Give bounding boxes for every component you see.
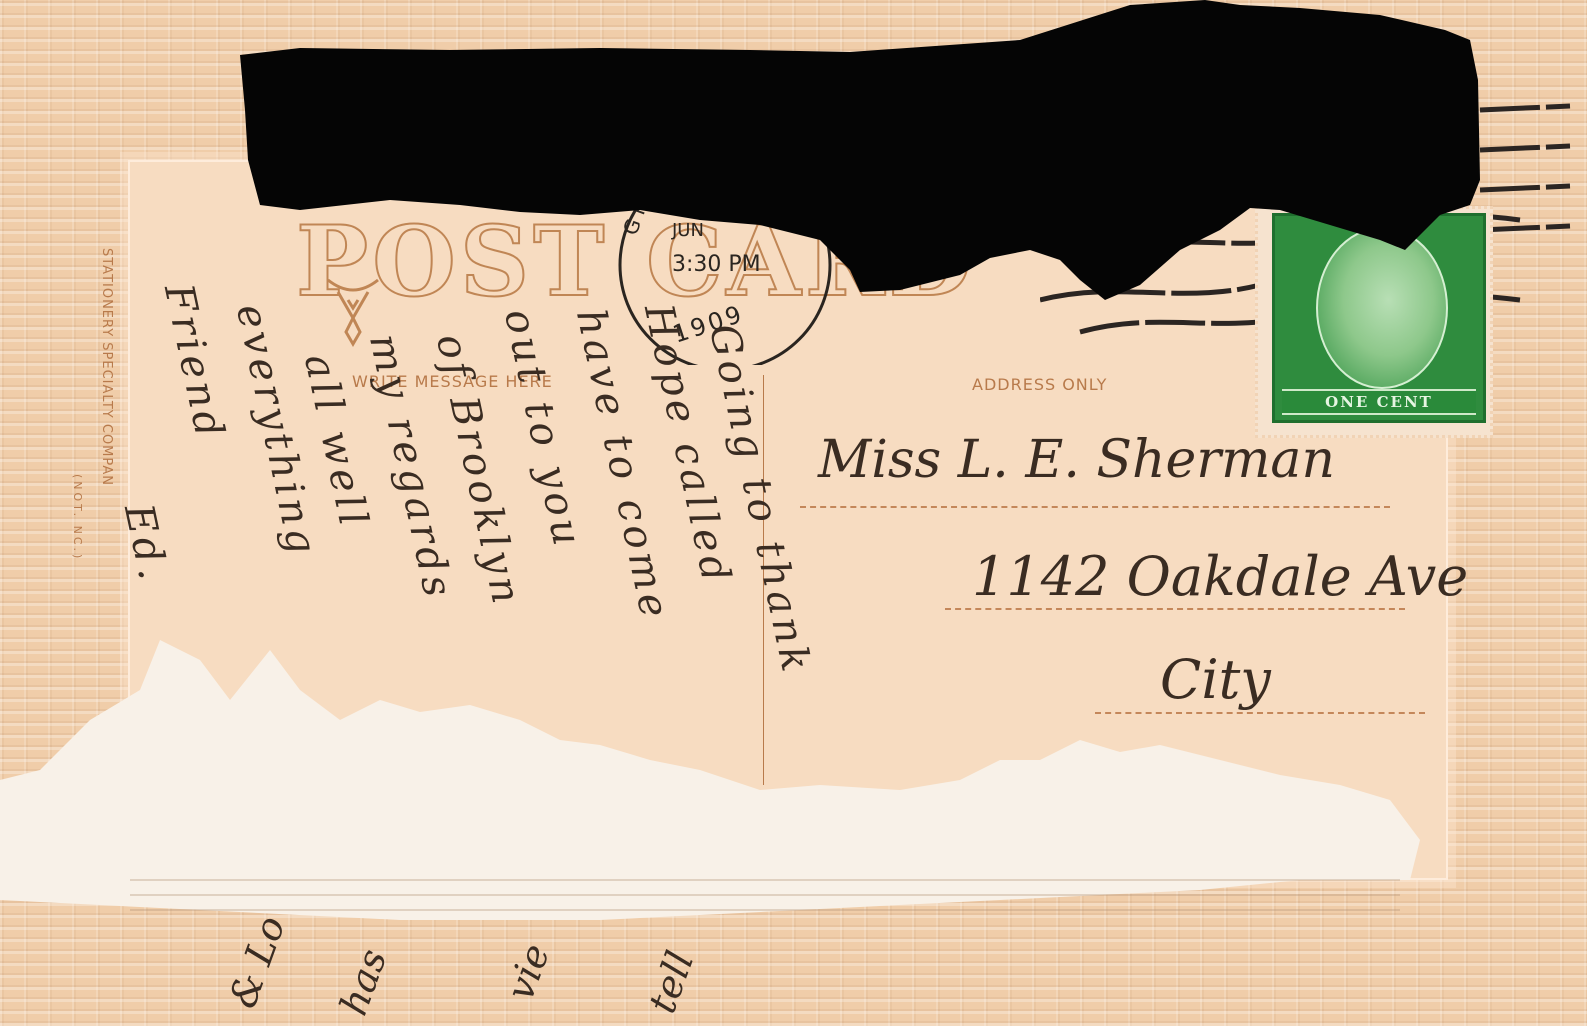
message-fragment: & Lo <box>220 910 294 1013</box>
message-fragment: vie <box>498 938 559 1006</box>
postage-stamp: ONE CENT <box>1255 206 1493 438</box>
publisher-note: (NOT. NC.) <box>66 474 84 634</box>
address-line-1 <box>800 506 1390 508</box>
publisher-imprint: STATIONERY SPECIALTY COMPAN <box>92 248 114 688</box>
recipient-city: City <box>1160 648 1271 711</box>
postmark-month: JUN <box>672 220 704 241</box>
stamp-denomination: ONE CENT <box>1282 389 1476 415</box>
address-heading: ADDRESS ONLY <box>972 375 1107 394</box>
recipient-street: 1142 Oakdale Ave <box>972 545 1468 608</box>
profile-portrait-icon <box>1316 227 1448 389</box>
message-fragment: tell <box>640 945 703 1018</box>
message-fragment: has <box>331 943 395 1021</box>
recipient-name: Miss L. E. Sherman <box>818 430 1335 490</box>
address-line-3 <box>1095 712 1425 714</box>
postcard: POST CARD WRITE MESSAGE HERE ADDRESS ONL… <box>0 0 1587 1026</box>
address-line-2 <box>945 608 1405 610</box>
postmark-time: 3:30 PM <box>672 252 761 277</box>
